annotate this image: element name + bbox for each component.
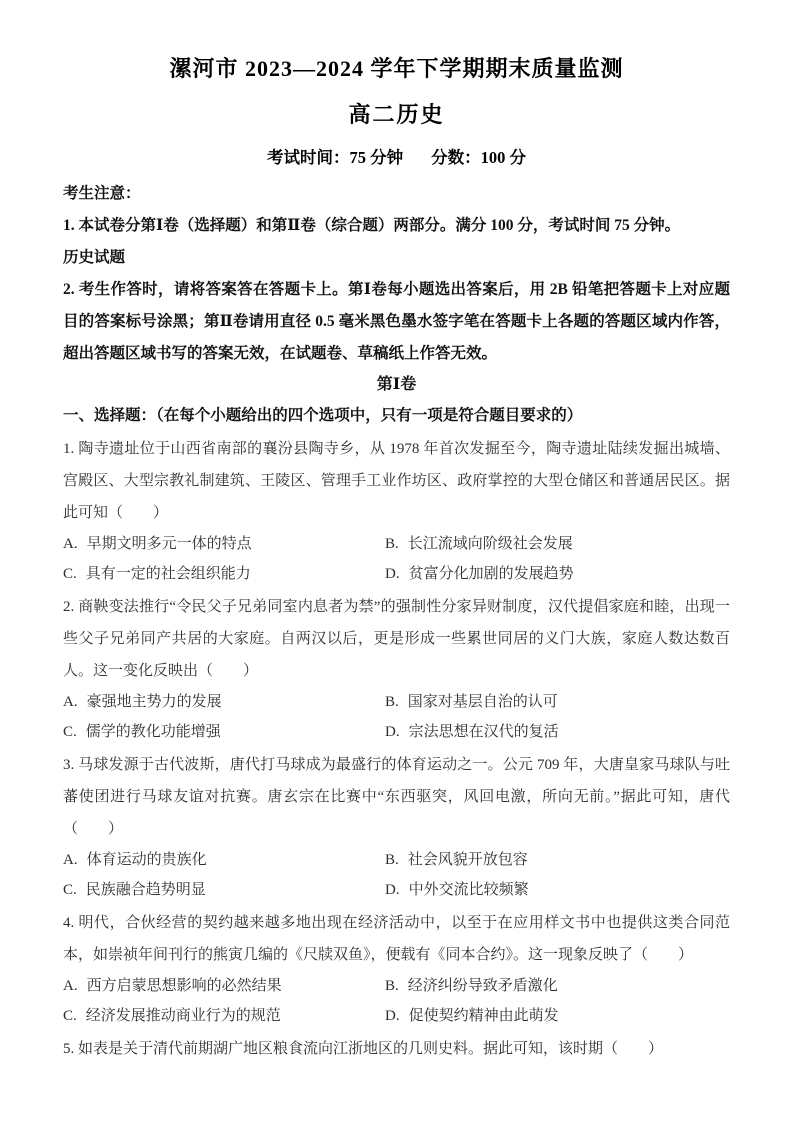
question-stem: 5. 如表是关于清代前期湖广地区粮食流向江浙地区的几则史料。据此可知，该时期（ … — [63, 1033, 730, 1065]
options-grid: A. 早期文明多元一体的特点 B. 长江流域向阶级社会发展 C. 具有一定的社会… — [63, 529, 730, 589]
option-label: B. — [385, 845, 399, 875]
option-b: B. 社会风貌开放包容 — [385, 845, 730, 875]
notice-heading: 考生注意： — [63, 178, 730, 210]
section-instruction: 一、选择题：（在每个小题给出的四个选项中，只有一项是符合题目要求的） — [63, 400, 730, 431]
option-a: A. 早期文明多元一体的特点 — [63, 529, 385, 559]
option-label: A. — [63, 971, 78, 1001]
options-grid: A. 豪强地主势力的发展 B. 国家对基层自治的认可 C. 儒学的教化功能增强 … — [63, 687, 730, 747]
option-text: 中外交流比较频繁 — [409, 875, 529, 905]
option-label: A. — [63, 687, 78, 717]
exam-time: 考试时间：75 分钟 — [267, 146, 403, 170]
options-grid: A. 体育运动的贵族化 B. 社会风貌开放包容 C. 民族融合趋势明显 D. 中… — [63, 845, 730, 905]
question-stem: 4. 明代，合伙经营的契约越来越多地出现在经济活动中，以至于在应用样文书中也提供… — [63, 907, 730, 971]
option-b: B. 长江流域向阶级社会发展 — [385, 529, 730, 559]
option-label: C. — [63, 1001, 77, 1031]
option-text: 西方启蒙思想影响的必然结果 — [87, 971, 282, 1001]
option-label: C. — [63, 717, 77, 747]
option-text: 经济发展推动商业行为的规范 — [86, 1001, 281, 1031]
options-grid: A. 西方启蒙思想影响的必然结果 B. 经济纠纷导致矛盾激化 C. 经济发展推动… — [63, 971, 730, 1031]
exam-subject: 高二历史 — [63, 100, 730, 130]
option-a: A. 豪强地主势力的发展 — [63, 687, 385, 717]
option-d: D. 中外交流比较频繁 — [385, 875, 730, 905]
section-heading: 第Ⅰ卷 — [63, 370, 730, 400]
option-c: C. 民族融合趋势明显 — [63, 875, 385, 905]
exam-page: 漯河市 2023—2024 学年下学期期末质量监测 高二历史 考试时间：75 分… — [0, 0, 793, 1122]
option-text: 民族融合趋势明显 — [86, 875, 206, 905]
option-text: 早期文明多元一体的特点 — [87, 529, 252, 559]
exam-title: 漯河市 2023—2024 学年下学期期末质量监测 — [63, 54, 730, 84]
question-stem: 3. 马球发源于古代波斯，唐代打马球成为最盛行的体育运动之一。公元 709 年，… — [63, 749, 730, 845]
option-label: D. — [385, 875, 400, 905]
question-stem: 2. 商鞅变法推行“令民父子兄弟同室内息者为禁”的强制性分家异财制度，汉代提倡家… — [63, 591, 730, 687]
option-text: 长江流域向阶级社会发展 — [408, 529, 573, 559]
exam-score: 分数：100 分 — [431, 146, 526, 170]
notice-item-1-cont: 历史试题 — [63, 242, 730, 274]
option-label: D. — [385, 717, 400, 747]
option-c: C. 儒学的教化功能增强 — [63, 717, 385, 747]
option-text: 促使契约精神由此萌发 — [409, 1001, 559, 1031]
option-text: 经济纠纷导致矛盾激化 — [408, 971, 558, 1001]
option-text: 国家对基层自治的认可 — [408, 687, 558, 717]
option-a: A. 体育运动的贵族化 — [63, 845, 385, 875]
notice-item-1: 1. 本试卷分第Ⅰ卷（选择题）和第Ⅱ卷（综合题）两部分。满分 100 分，考试时… — [63, 210, 730, 242]
option-d: D. 促使契约精神由此萌发 — [385, 1001, 730, 1031]
question-4: 4. 明代，合伙经营的契约越来越多地出现在经济活动中，以至于在应用样文书中也提供… — [63, 907, 730, 1031]
option-b: B. 国家对基层自治的认可 — [385, 687, 730, 717]
option-label: B. — [385, 687, 399, 717]
exam-info: 考试时间：75 分钟 分数：100 分 — [63, 146, 730, 170]
option-label: B. — [385, 529, 399, 559]
option-text: 社会风貌开放包容 — [408, 845, 528, 875]
option-c: C. 具有一定的社会组织能力 — [63, 559, 385, 589]
option-label: A. — [63, 529, 78, 559]
question-2: 2. 商鞅变法推行“令民父子兄弟同室内息者为禁”的强制性分家异财制度，汉代提倡家… — [63, 591, 730, 747]
option-text: 豪强地主势力的发展 — [87, 687, 222, 717]
option-a: A. 西方启蒙思想影响的必然结果 — [63, 971, 385, 1001]
option-c: C. 经济发展推动商业行为的规范 — [63, 1001, 385, 1031]
option-text: 宗法思想在汉代的复活 — [409, 717, 559, 747]
option-d: D. 贫富分化加剧的发展趋势 — [385, 559, 730, 589]
option-b: B. 经济纠纷导致矛盾激化 — [385, 971, 730, 1001]
option-text: 儒学的教化功能增强 — [86, 717, 221, 747]
option-label: A. — [63, 845, 78, 875]
option-text: 具有一定的社会组织能力 — [86, 559, 251, 589]
notice-item-2: 2. 考生作答时，请将答案答在答题卡上。第Ⅰ卷每小题选出答案后，用 2B 铅笔把… — [63, 274, 730, 370]
question-1: 1. 陶寺遗址位于山西省南部的襄汾县陶寺乡，从 1978 年首次发掘至今，陶寺遗… — [63, 433, 730, 589]
notice-section: 考生注意： 1. 本试卷分第Ⅰ卷（选择题）和第Ⅱ卷（综合题）两部分。满分 100… — [63, 178, 730, 370]
option-text: 体育运动的贵族化 — [87, 845, 207, 875]
option-label: B. — [385, 971, 399, 1001]
question-5: 5. 如表是关于清代前期湖广地区粮食流向江浙地区的几则史料。据此可知，该时期（ … — [63, 1033, 730, 1065]
option-label: C. — [63, 875, 77, 905]
option-d: D. 宗法思想在汉代的复活 — [385, 717, 730, 747]
option-text: 贫富分化加剧的发展趋势 — [409, 559, 574, 589]
question-3: 3. 马球发源于古代波斯，唐代打马球成为最盛行的体育运动之一。公元 709 年，… — [63, 749, 730, 905]
option-label: C. — [63, 559, 77, 589]
question-stem: 1. 陶寺遗址位于山西省南部的襄汾县陶寺乡，从 1978 年首次发掘至今，陶寺遗… — [63, 433, 730, 529]
option-label: D. — [385, 1001, 400, 1031]
option-label: D. — [385, 559, 400, 589]
